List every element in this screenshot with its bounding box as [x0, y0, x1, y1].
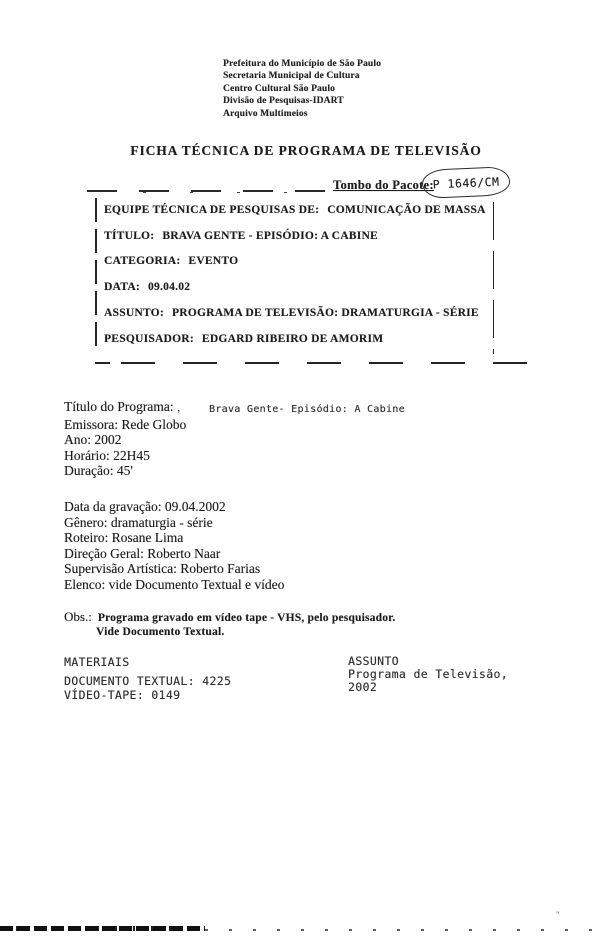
materials-header: MATERIAIS [64, 655, 231, 669]
program-info-line: Ano: 2002 [64, 432, 186, 448]
form-box: EQUIPE TÉCNICA DE PESQUISAS DE: COMUNICA… [95, 197, 494, 355]
program-info-block: Título do Programa:, Brava Gente- Episód… [64, 399, 186, 479]
field-label: TÍTULO: [104, 230, 154, 242]
tombo-stamp-ellipse: P 1646/CM [421, 166, 510, 199]
form-row-titulo: TÍTULO: BRAVA GENTE - EPISÓDIO: A CABINE [95, 223, 494, 249]
program-info-line: Duração: 45' [64, 463, 186, 479]
field-value: 09.04.02 [148, 281, 190, 293]
production-line: Roteiro: Rosane Lima [64, 530, 284, 546]
program-title-line: Título do Programa:, Brava Gente- Episód… [64, 399, 186, 417]
letterhead-line: Secretaria Municipal de Cultura [223, 70, 381, 82]
field-value: EDGARD RIBEIRO DE AMORIM [202, 333, 383, 345]
letterhead: Prefeitura do Município de São Paulo Sec… [223, 58, 381, 120]
form-row-categoria: CATEGORIA: EVENTO [95, 249, 494, 275]
production-line: Direção Geral: Roberto Naar [64, 546, 284, 562]
field-value: COMUNICAÇÃO DE MASSA [327, 204, 485, 216]
form-row-assunto: ASSUNTO: PROGRAMA DE TELEVISÃO: DRAMATUR… [95, 300, 494, 326]
letterhead-line: Prefeitura do Município de São Paulo [223, 58, 381, 70]
scanned-document-page: Prefeitura do Município de São Paulo Sec… [0, 0, 612, 936]
program-title-label: Título do Programa: [64, 399, 173, 414]
field-label: PESQUISADOR: [104, 333, 194, 345]
subject-line: 2002 [348, 681, 508, 694]
field-label: CATEGORIA: [104, 255, 180, 267]
obs-line-1: Obs.:Programa gravado em vídeo tape - VH… [64, 609, 395, 625]
document-title: FICHA TÉCNICA DE PROGRAMA DE TELEVISÃO [0, 143, 612, 159]
materials-line: VÍDEO-TAPE: 0149 [64, 688, 231, 702]
program-info-line: Horário: 22H45 [64, 448, 186, 464]
form-box-bottom-border [121, 362, 541, 364]
production-line: Elenco: vide Documento Textual e vídeo [64, 577, 284, 593]
materials-column: MATERIAIS DOCUMENTO TEXTUAL: 4225 VÍDEO-… [64, 655, 231, 702]
scan-artifact-band [0, 926, 205, 931]
subject-column: ASSUNTO Programa de Televisão, 2002 [348, 655, 508, 694]
materials-line: DOCUMENTO TEXTUAL: 4225 [64, 674, 231, 688]
program-info-line: Emissora: Rede Globo [64, 417, 186, 433]
ruled-dashed-line [99, 192, 319, 193]
production-line: Supervisão Artística: Roberto Farias [64, 561, 284, 577]
letterhead-line: Arquivo Multimeios [223, 108, 381, 120]
scan-speck: " [556, 910, 560, 920]
letterhead-line: Centro Cultural São Paulo [223, 83, 381, 95]
form-row-data: DATA: 09.04.02 [95, 274, 494, 300]
observations-block: Obs.:Programa gravado em vídeo tape - VH… [64, 609, 395, 638]
obs-line-2: Vide Documento Textual. [96, 626, 395, 638]
obs-label: Obs.: [64, 609, 92, 624]
tombo-value: P 1646/CM [432, 174, 499, 191]
production-line: Data da gravação: 09.04.2002 [64, 499, 284, 515]
production-line: Gênero: dramaturgia - série [64, 515, 284, 531]
program-title-typed-value: Brava Gente- Episódio: A Cabine [209, 402, 405, 418]
letterhead-line: Divisão de Pesquisas-IDART [223, 95, 381, 107]
field-value: PROGRAMA DE TELEVISÃO: DRAMATURGIA - SÉR… [172, 307, 479, 319]
field-value: BRAVA GENTE - EPISÓDIO: A CABINE [162, 230, 378, 242]
tombo-label: Tombo do Pacote: [333, 178, 434, 193]
stray-pen-mark: , [177, 403, 180, 414]
field-label: ASSUNTO: [104, 307, 164, 319]
form-row-equipe: EQUIPE TÉCNICA DE PESQUISAS DE: COMUNICA… [95, 197, 494, 223]
form-row-pesquisador: PESQUISADOR: EDGARD RIBEIRO DE AMORIM [95, 326, 494, 352]
field-label: DATA: [104, 281, 140, 293]
tombo-row: Tombo do Pacote: P 1646/CM [85, 170, 515, 200]
scan-artifact-dots [205, 929, 612, 931]
form-box-corner-foot [95, 362, 110, 364]
production-info-block: Data da gravação: 09.04.2002 Gênero: dra… [64, 499, 284, 592]
field-value: EVENTO [188, 255, 238, 267]
field-label: EQUIPE TÉCNICA DE PESQUISAS DE: [104, 204, 319, 216]
obs-text: Programa gravado em vídeo tape - VHS, pe… [98, 612, 396, 624]
